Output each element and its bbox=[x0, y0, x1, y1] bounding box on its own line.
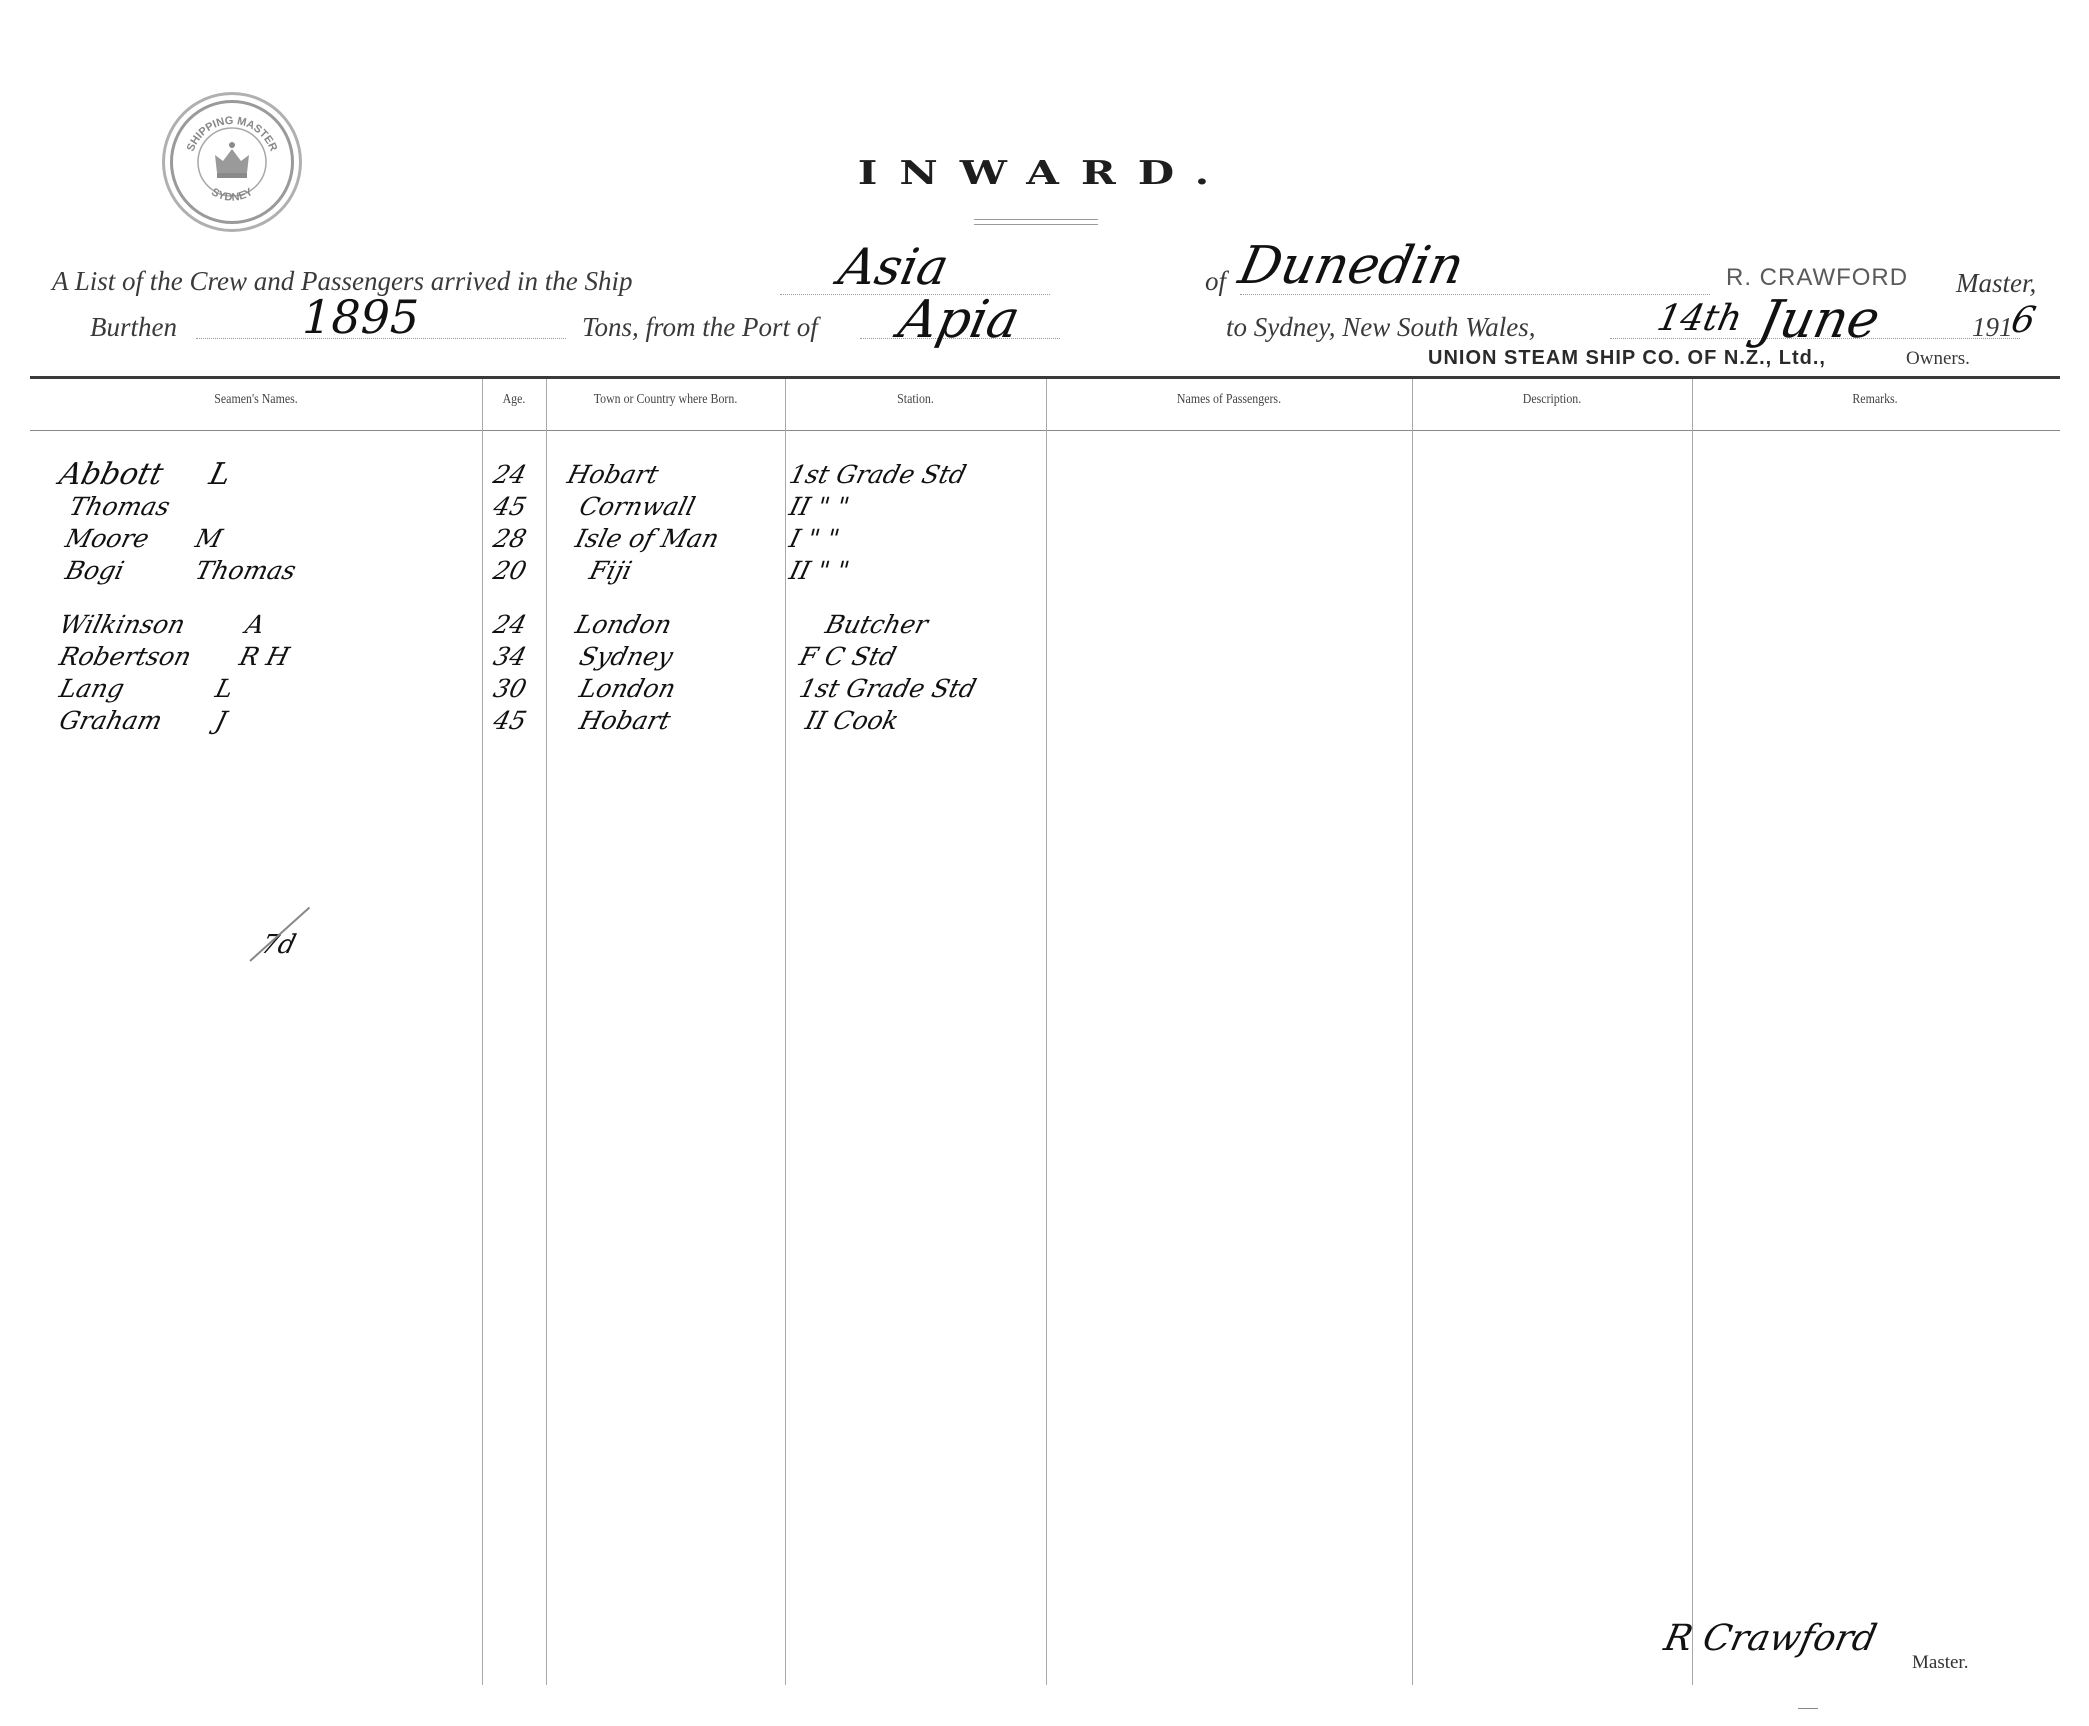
master-label: Master, bbox=[1956, 268, 2036, 299]
crew-initials: L bbox=[212, 674, 236, 704]
ship-name-value: Asia bbox=[834, 238, 954, 296]
crew-birthplace: Hobart bbox=[564, 460, 661, 490]
burthen-label: Burthen bbox=[90, 312, 177, 343]
title-divider bbox=[974, 219, 1098, 225]
crew-station: F C Std bbox=[796, 642, 899, 672]
column-header-passenger-names: Names of Passengers. bbox=[1073, 392, 1384, 408]
crew-age: 28 bbox=[490, 524, 529, 554]
crew-initials: L bbox=[206, 460, 233, 490]
date-day-value: 14th bbox=[1654, 298, 1746, 339]
to-sydney-label: to Sydney, New South Wales, bbox=[1226, 312, 1535, 343]
crew-birthplace: Sydney bbox=[576, 642, 676, 672]
master-name-stamp: R. CRAWFORD bbox=[1726, 264, 1908, 292]
crew-age: 24 bbox=[490, 610, 529, 640]
crew-birthplace: Isle of Man bbox=[572, 524, 722, 554]
column-header-station: Station. bbox=[805, 392, 1027, 408]
owners-label: Owners. bbox=[1906, 348, 1970, 370]
year-prefix: 191 bbox=[1972, 312, 2013, 343]
crew-age: 45 bbox=[490, 706, 529, 736]
crew-age: 20 bbox=[490, 556, 529, 586]
column-header-birthplace: Town or Country where Born. bbox=[564, 392, 767, 408]
table-top-rule bbox=[30, 376, 2060, 379]
crew-birthplace: London bbox=[572, 610, 674, 640]
crew-surname: Wilkinson bbox=[56, 610, 188, 640]
crew-surname: Robertson bbox=[56, 642, 194, 672]
column-divider bbox=[785, 379, 786, 1685]
master-signature: R Crawford bbox=[1661, 1618, 1881, 1659]
crew-birthplace: Cornwall bbox=[576, 492, 698, 522]
crew-initials: R H bbox=[236, 642, 292, 672]
column-header-seamen-names: Seamen's Names. bbox=[64, 392, 448, 408]
page-title: INWARD. bbox=[0, 153, 2089, 191]
column-divider bbox=[1692, 379, 1693, 1685]
crew-surname: Abbott bbox=[56, 460, 166, 490]
tons-from-port-label: Tons, from the Port of bbox=[582, 312, 818, 343]
crew-age: 45 bbox=[490, 492, 529, 522]
column-header-age: Age. bbox=[487, 392, 541, 408]
crew-station: II " " bbox=[786, 556, 852, 586]
column-divider bbox=[1046, 379, 1047, 1685]
signature-master-label: Master. bbox=[1912, 1652, 1968, 1674]
crew-surname: Lang bbox=[56, 674, 127, 704]
column-divider bbox=[1412, 379, 1413, 1685]
signature-underline bbox=[1798, 1708, 1818, 1709]
crew-initials: Thomas bbox=[192, 556, 299, 586]
crew-surname: Graham bbox=[56, 706, 165, 736]
crew-initials: J bbox=[212, 706, 230, 736]
column-header-description: Description. bbox=[1433, 392, 1671, 408]
crew-initials: A bbox=[242, 610, 268, 640]
of-label: of bbox=[1205, 266, 1226, 297]
crew-birthplace: Hobart bbox=[576, 706, 673, 736]
crew-initials: M bbox=[192, 524, 225, 554]
crew-surname: Moore bbox=[62, 524, 152, 554]
crew-birthplace: Fiji bbox=[586, 556, 635, 586]
owners-name: UNION STEAM SHIP CO. OF N.Z., Ltd., bbox=[1428, 347, 1826, 370]
burthen-value: 1895 bbox=[296, 290, 425, 344]
crew-surname: Bogi bbox=[62, 556, 127, 586]
table-header-rule bbox=[30, 430, 2060, 431]
crew-birthplace: London bbox=[576, 674, 678, 704]
column-header-remarks: Remarks. bbox=[1719, 392, 2030, 408]
crew-station: 1st Grade Std bbox=[796, 674, 979, 704]
date-month-value: June bbox=[1754, 290, 1885, 350]
from-port-value: Apia bbox=[894, 290, 1025, 350]
registry-port-value: Dunedin bbox=[1234, 236, 1470, 296]
year-suffix-value: 6 bbox=[2008, 300, 2040, 341]
crew-station: II Cook bbox=[802, 706, 902, 736]
crew-surname: Thomas bbox=[66, 492, 173, 522]
column-divider bbox=[482, 379, 483, 1685]
crew-station: II " " bbox=[786, 492, 852, 522]
crew-age: 24 bbox=[490, 460, 529, 490]
column-divider bbox=[546, 379, 547, 1685]
crew-age: 34 bbox=[490, 642, 529, 672]
crew-station: 1st Grade Std bbox=[786, 460, 969, 490]
crew-station: Butcher bbox=[822, 610, 931, 640]
crew-age: 30 bbox=[490, 674, 529, 704]
crew-station: I " " bbox=[786, 524, 842, 554]
